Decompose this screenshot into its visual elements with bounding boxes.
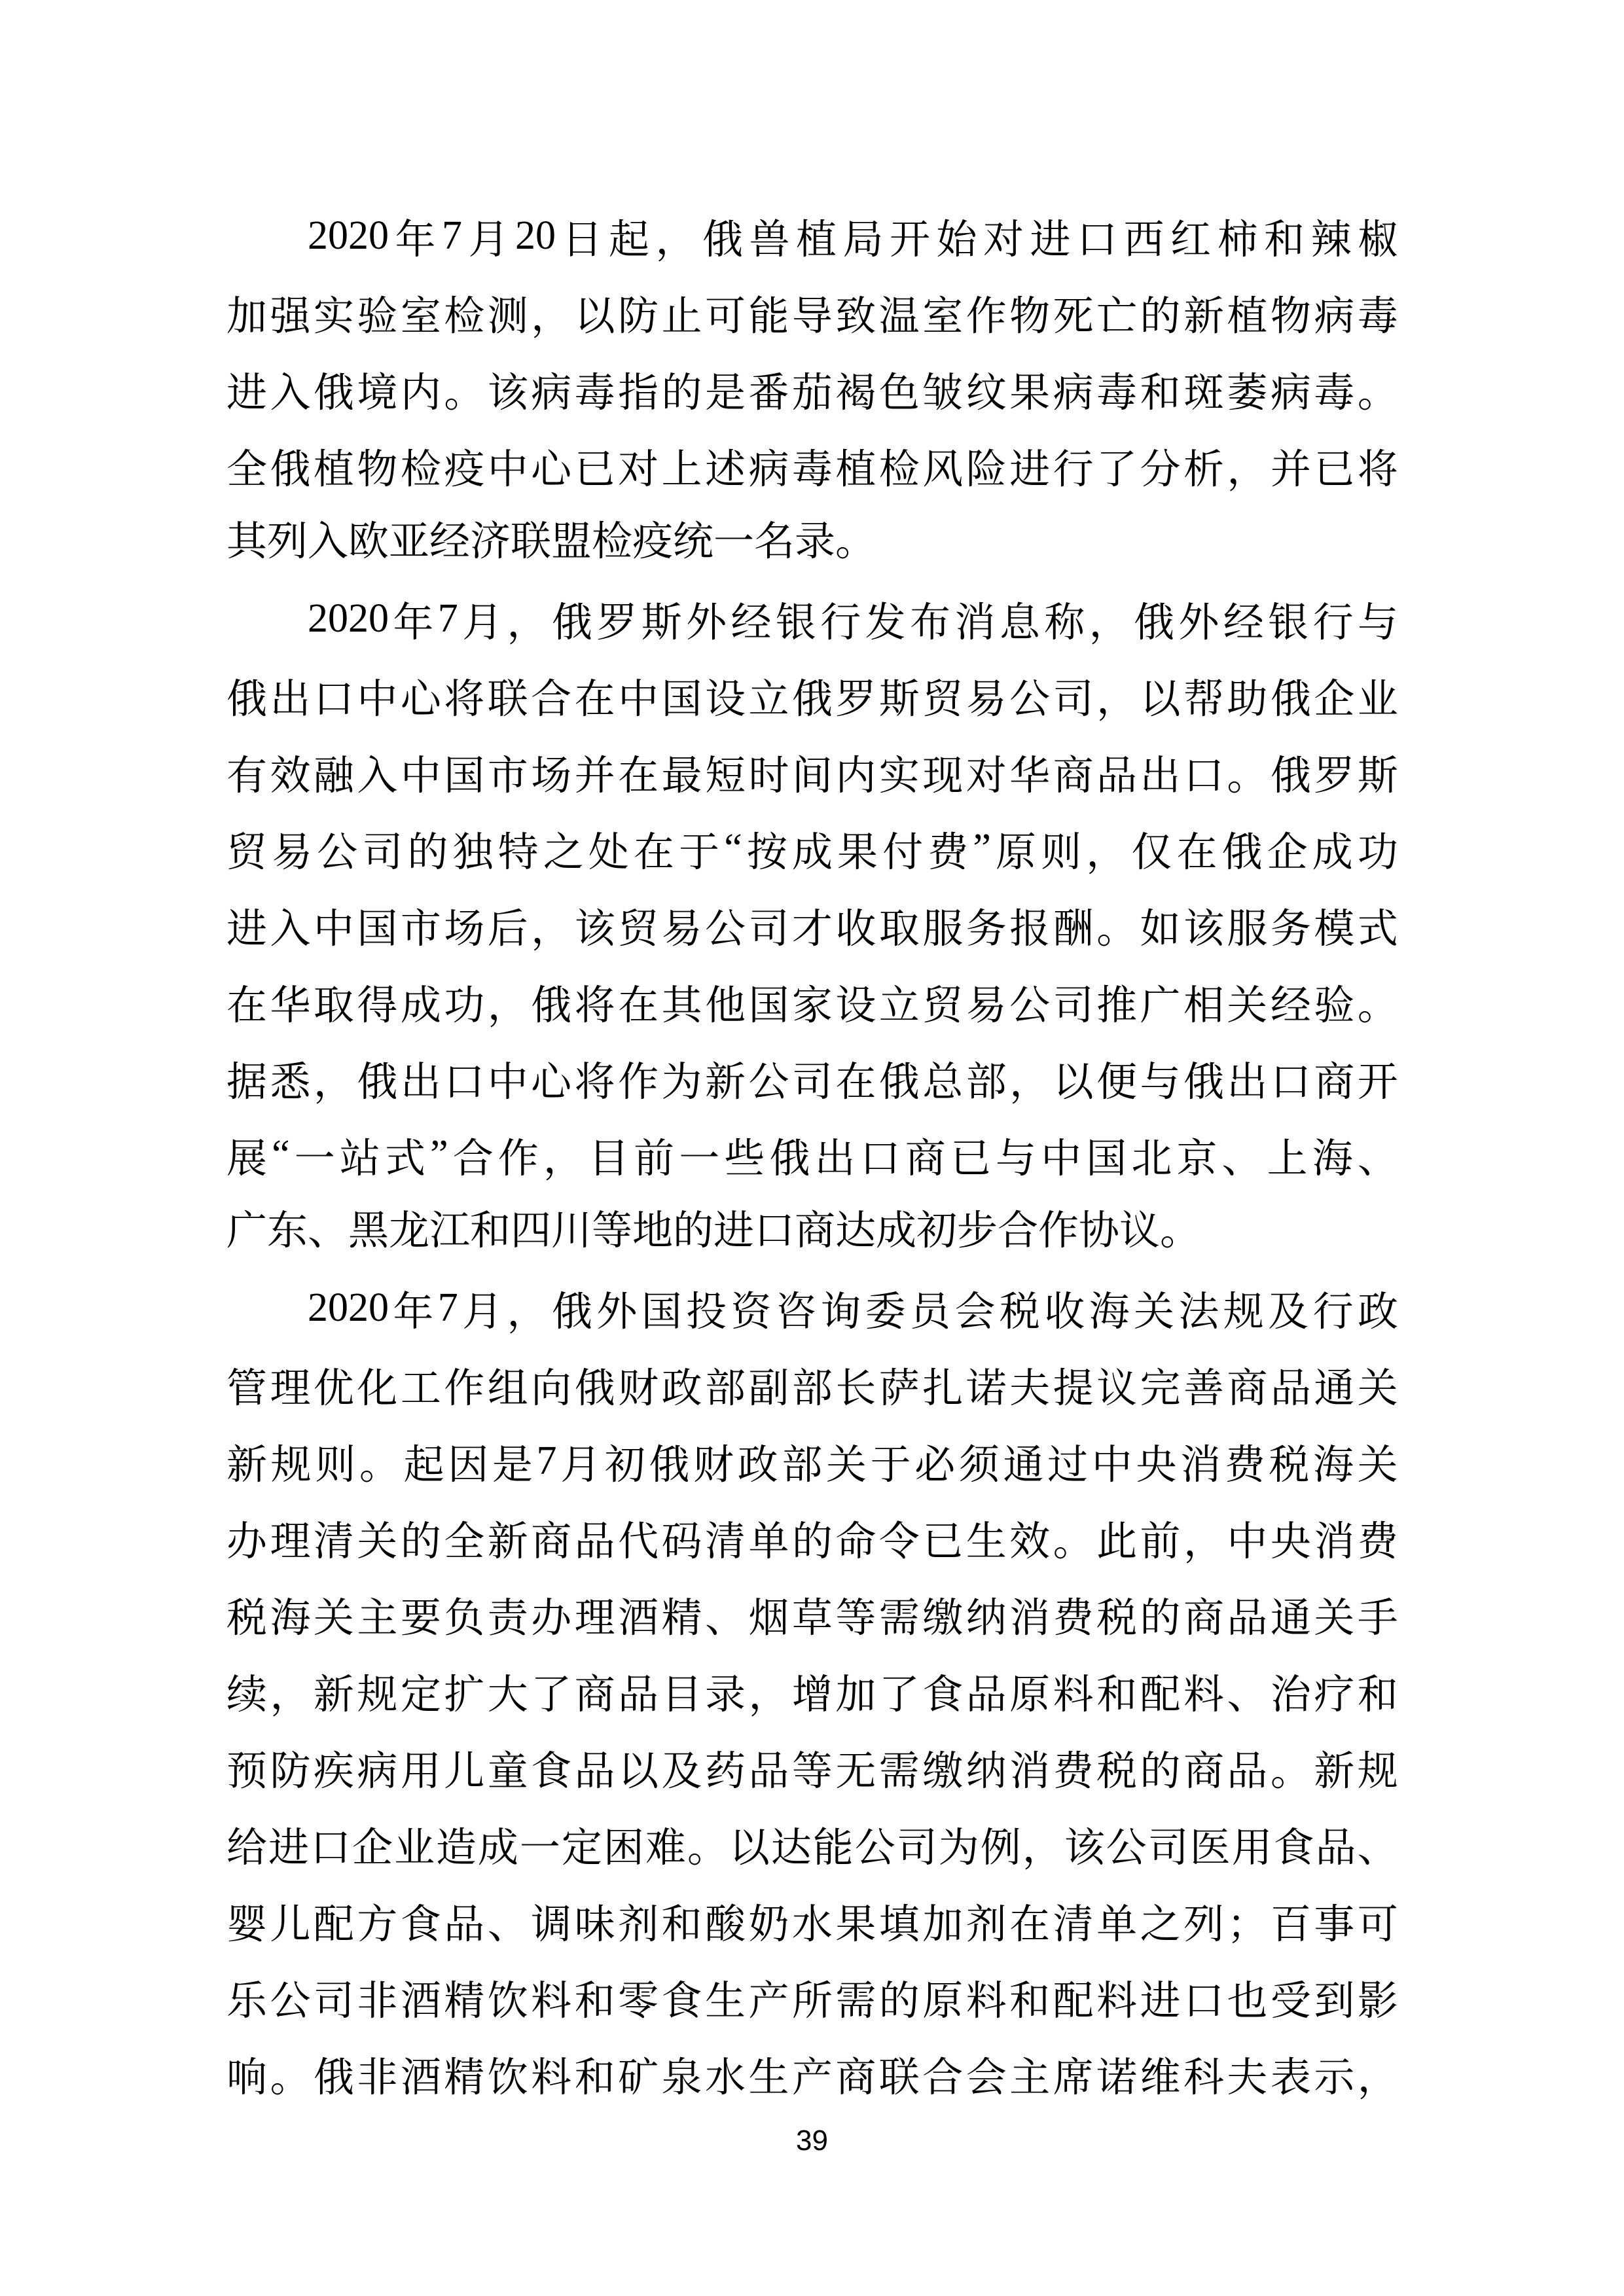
text-token: 和: [1096, 1662, 1137, 1720]
text-token: 能: [748, 283, 789, 342]
text-token: 罗: [1314, 743, 1354, 801]
text-token: 有: [226, 743, 267, 801]
text-token: 的: [401, 1509, 441, 1567]
text-token: 进: [268, 1815, 309, 1873]
text-token: 在: [1176, 819, 1217, 878]
text-token: 商: [1183, 1738, 1224, 1797]
text-token: 草: [792, 1585, 833, 1643]
text-token: 对: [983, 207, 1024, 265]
text-token: 口: [860, 1126, 901, 1184]
text-token: 心: [531, 1049, 571, 1107]
text-token: 新: [488, 1509, 528, 1567]
text-token: 配: [1140, 1662, 1181, 1720]
text-token: 俄: [270, 437, 310, 495]
text-token: 主: [1009, 2045, 1050, 2103]
text-token: 处: [588, 819, 629, 878]
text-token: 进: [1030, 207, 1070, 265]
text-token: 、: [705, 1585, 746, 1643]
text-token: 功: [1358, 819, 1398, 878]
text-token: 日: [562, 207, 602, 265]
text-token: 止: [662, 283, 702, 342]
text-token: 国: [662, 666, 702, 725]
text-token: 国: [444, 743, 484, 801]
text-token: 疾: [314, 1738, 354, 1797]
text-token: 分: [1140, 437, 1181, 495]
text-token: 关: [1358, 1355, 1398, 1414]
text-token: 员: [910, 1279, 950, 1337]
text-token: 需: [879, 1585, 920, 1643]
text-token: 贸: [922, 666, 963, 725]
text-token: 局: [842, 207, 883, 265]
text-token: 食: [922, 1662, 963, 1720]
text-token: 码: [662, 1509, 702, 1567]
text-token: 入: [357, 743, 397, 801]
text-token: 投: [686, 1279, 727, 1337]
text-token: 年: [393, 590, 433, 648]
text-token: 发: [865, 590, 906, 648]
text-token: 国: [357, 896, 397, 954]
text-token: 效: [1009, 1509, 1050, 1567]
text-line: 婴儿配方食品、调味剂和酸奶水果填加剂在清单之列；百事可: [226, 1882, 1398, 1959]
text-token: 原: [996, 819, 1036, 878]
text-token: 作: [966, 283, 1007, 342]
text-token: ，: [1086, 819, 1127, 878]
text-token: ，: [1096, 666, 1137, 725]
text-token: 原: [1009, 1662, 1050, 1720]
text-token: 现: [922, 743, 963, 801]
text-token: 达: [771, 1815, 812, 1873]
text-token: 月: [560, 1432, 601, 1490]
text-token: 华: [270, 973, 310, 1031]
text-token: 设: [835, 973, 876, 1031]
text-token: 商: [835, 2045, 876, 2103]
text-token: 税: [1096, 1738, 1137, 1797]
text-token: 清: [314, 1509, 354, 1567]
text-token: 俄: [1183, 1049, 1224, 1107]
text-token: 出: [815, 1126, 856, 1184]
text-token: 科: [1183, 2045, 1224, 2103]
text-token: 公: [705, 896, 746, 954]
text-token: 在: [618, 973, 659, 1031]
text-token: 。: [444, 360, 484, 418]
text-token: 色: [879, 360, 920, 418]
text-token: 影: [1358, 1968, 1398, 2026]
text-token: 其: [662, 973, 702, 1031]
text-token: 生: [748, 2045, 789, 2103]
text-token: 测: [488, 283, 528, 342]
text-line: 据悉，俄出口中心将作为新公司在俄总部，以便与俄出口商开: [226, 1040, 1398, 1117]
text-token: 已: [575, 437, 615, 495]
text-token: 月: [462, 590, 503, 648]
text-token: 与: [1140, 1049, 1181, 1107]
text-token: 场: [531, 743, 571, 801]
text-token: 消: [1009, 1738, 1050, 1797]
text-token: 商: [1314, 1049, 1354, 1107]
text-token: 料: [966, 1968, 1007, 2026]
text-token: 式: [1358, 896, 1398, 954]
text-token: 食: [531, 1738, 571, 1797]
text-token: 企: [352, 1815, 393, 1873]
text-token: 起: [404, 1432, 444, 1490]
text-token: 关: [1314, 1585, 1354, 1643]
text-token: ，: [314, 1049, 354, 1107]
text-token: 物: [1271, 283, 1311, 342]
text-token: 到: [1314, 1968, 1354, 2026]
text-token: 俄: [1271, 743, 1311, 801]
text-token: 司: [1053, 666, 1094, 725]
text-token: 纳: [966, 1585, 1007, 1643]
text-token: 植: [835, 437, 876, 495]
text-token: 。: [687, 1815, 728, 1873]
text-token: 功: [444, 973, 484, 1031]
text-token: 和: [1009, 1968, 1050, 2026]
text-token: 中: [357, 666, 397, 725]
text-token: 费: [928, 819, 968, 878]
text-token: 酬: [1053, 896, 1094, 954]
text-token: 司: [1148, 1815, 1189, 1873]
text-token: 毒: [1314, 360, 1354, 418]
text-token: 目: [588, 1126, 629, 1184]
text-token: 广: [1140, 973, 1181, 1031]
text-line: 进入俄境内。该病毒指的是番茄褐色皱纹果病毒和斑萎病毒。: [226, 351, 1398, 427]
text-token: 司: [1053, 973, 1094, 1031]
text-token: 已: [922, 1509, 963, 1567]
text-token: ，: [1022, 1815, 1063, 1873]
text-token: 续: [226, 1662, 267, 1720]
text-token: 联: [879, 2045, 920, 2103]
text-token: 商: [1053, 743, 1094, 801]
text-token: 死: [1053, 283, 1094, 342]
text-token: ，: [531, 283, 571, 342]
text-line: 俄出口中心将联合在中国设立俄罗斯贸易公司，以帮助俄企业: [226, 657, 1398, 734]
text-token: 布: [910, 590, 950, 648]
text-token: 对: [966, 743, 1007, 801]
text-token: 的: [1140, 1585, 1181, 1643]
text-token: 成: [478, 1815, 518, 1873]
text-token: 及: [1268, 1279, 1308, 1337]
text-token: 立: [748, 666, 789, 725]
text-token: 出: [401, 1049, 441, 1107]
text-token: 服: [922, 896, 963, 954]
text-token: 维: [1140, 2045, 1181, 2103]
text-token: 内: [835, 743, 876, 801]
text-token: 夫: [1009, 1355, 1050, 1414]
text-token: 用: [1232, 1815, 1272, 1873]
text-token: 全: [444, 1509, 484, 1567]
text-token: 酸: [705, 1892, 746, 1950]
text-token: 水: [792, 1892, 833, 1950]
text-token: 内: [401, 360, 441, 418]
document-body: 2020年7月20日起，俄兽植局开始对进口西红柿和辣椒加强实验室检测，以防止可能…: [226, 198, 1398, 2112]
text-token: 录: [705, 1662, 746, 1720]
text-token: 银: [776, 590, 816, 648]
text-token: 初: [605, 1432, 645, 1490]
text-token: 检: [444, 283, 484, 342]
text-token: 按: [747, 819, 787, 878]
text-token: 易: [662, 896, 702, 954]
text-token: 俄: [314, 360, 354, 418]
text-token: 商: [1227, 1355, 1267, 1414]
text-token: 以: [618, 1738, 659, 1797]
text-token: 家: [792, 973, 833, 1031]
text-token: 费: [1053, 1585, 1094, 1643]
text-token: 口: [310, 1815, 351, 1873]
text-token: 果: [835, 1892, 876, 1950]
text-token: 以: [729, 1815, 770, 1873]
text-token: 病: [531, 360, 571, 418]
text-token: 品: [575, 1738, 615, 1797]
text-token: 前: [634, 1126, 674, 1184]
text-token: 等: [835, 1585, 876, 1643]
text-token: 料: [531, 1968, 571, 2026]
text-token: 行: [1313, 1279, 1354, 1337]
text-token: 合: [453, 1126, 494, 1184]
text-token: 已: [950, 1126, 991, 1184]
text-token: 贸: [922, 973, 963, 1031]
text-token: 市: [401, 896, 441, 954]
text-token: 易: [272, 819, 312, 878]
text-token: 央: [1271, 1509, 1311, 1567]
text-token: 品: [1227, 1738, 1267, 1797]
text-token: 矿: [618, 2045, 659, 2103]
text-token: 全: [226, 437, 267, 495]
text-token: 并: [1271, 437, 1311, 495]
text-token: 和: [1140, 360, 1181, 418]
text-token: 作: [444, 1355, 484, 1414]
text-token: 指: [618, 360, 659, 418]
text-token: 服: [1227, 896, 1267, 954]
text-token: 如: [1140, 896, 1181, 954]
text-token: 的: [1140, 1738, 1181, 1797]
text-token: 。: [1096, 896, 1137, 954]
text-token: 外: [1178, 590, 1219, 648]
text-token: ，: [507, 1279, 548, 1337]
text-token: 能: [813, 1815, 854, 1873]
text-token: 的: [662, 360, 702, 418]
text-line: 展“一站式”合作，目前一些俄出口商已与中国北京、上海、: [226, 1117, 1398, 1193]
text-token: 和: [575, 2045, 615, 2103]
text-token: ”: [430, 1132, 448, 1178]
text-token: 办: [531, 1585, 571, 1643]
paragraph: 2020年7月，俄罗斯外经银行发布消息称，俄外经银行与俄出口中心将联合在中国设立…: [226, 581, 1398, 1270]
text-line: 2020年7月，俄罗斯外经银行发布消息称，俄外经银行与: [226, 581, 1398, 657]
text-token: 需: [835, 1968, 876, 2026]
text-token: “: [724, 825, 742, 872]
text-token: 俄: [702, 207, 743, 265]
text-token: 资: [731, 1279, 771, 1337]
text-token: 响: [226, 2045, 267, 2103]
text-token: 关: [314, 1585, 354, 1643]
text-token: 之: [543, 819, 584, 878]
text-token: 取: [314, 973, 354, 1031]
text-token: 公: [317, 819, 357, 878]
text-token: 非: [357, 2045, 397, 2103]
text-token: 公: [1009, 973, 1050, 1031]
text-token: 验: [357, 283, 397, 342]
text-token: 红: [1170, 207, 1211, 265]
text-token: 产: [748, 1968, 789, 2026]
text-token: 之: [1140, 1892, 1181, 1950]
text-token: 命: [835, 1509, 876, 1567]
text-token: 经: [731, 590, 771, 648]
text-token: 品: [575, 1509, 615, 1567]
text-token: 检: [879, 437, 920, 495]
text-token: 水: [705, 2045, 746, 2103]
text-token: 中: [401, 743, 441, 801]
text-token: 会: [954, 1279, 995, 1337]
text-token: 诺: [1096, 2045, 1137, 2103]
text-token: 加: [922, 1892, 963, 1950]
text-token: 7: [438, 1285, 458, 1331]
text-token: 口: [1183, 743, 1224, 801]
text-token: 疫: [444, 437, 484, 495]
text-token: 消: [954, 590, 995, 648]
text-token: 为: [662, 1049, 702, 1107]
text-token: 7: [438, 596, 458, 642]
text-token: 该: [1183, 896, 1224, 954]
text-token: 俄: [357, 1049, 397, 1107]
text-token: 起: [609, 207, 649, 265]
text-token: 关: [357, 1509, 397, 1567]
text-token: 缴: [922, 1585, 963, 1643]
text-token: 仅: [1131, 819, 1172, 878]
text-token: 公: [855, 1815, 895, 1873]
text-token: 在: [226, 973, 267, 1031]
text-token: 可: [1358, 1892, 1398, 1950]
text-token: 定: [401, 1662, 441, 1720]
text-token: 悉: [270, 1049, 310, 1107]
text-token: 理: [575, 1585, 615, 1643]
text-token: 关: [1134, 1279, 1174, 1337]
text-token: 总: [922, 1049, 963, 1107]
text-token: 令: [879, 1509, 920, 1567]
text-token: ，: [1009, 1049, 1050, 1107]
text-token: 以: [575, 283, 615, 342]
text-token: 融: [314, 743, 354, 801]
text-token: 实: [314, 283, 354, 342]
text-token: 饮: [488, 1968, 528, 2026]
text-token: 精: [444, 2045, 484, 2103]
text-token: 口: [1271, 1049, 1311, 1107]
text-token: 政: [662, 1355, 702, 1414]
text-token: 剂: [618, 1892, 659, 1950]
text-token: 须: [959, 1432, 1000, 1490]
text-token: 将: [575, 1049, 615, 1107]
text-token: 表: [1271, 2045, 1311, 2103]
text-token: 罗: [835, 666, 876, 725]
text-token: ，: [1183, 1509, 1224, 1567]
text-token: 询: [820, 1279, 861, 1337]
text-token: 品: [748, 1738, 789, 1797]
text-token: 俄: [552, 590, 592, 648]
text-token: 通: [1003, 1432, 1044, 1490]
text-token: 上: [662, 437, 702, 495]
text-token: 纹: [966, 360, 1007, 418]
text-token: 司: [362, 819, 403, 878]
text-line: 管理优化工作组向俄财政部副部长萨扎诺夫提议完善商品通关: [226, 1346, 1398, 1423]
text-token: 此: [1096, 1509, 1137, 1567]
text-token: 。: [1358, 360, 1398, 418]
text-token: 公: [270, 1968, 310, 2026]
text-token: 造: [436, 1815, 477, 1873]
text-token: 长: [835, 1355, 876, 1414]
text-token: 辣: [1310, 207, 1351, 265]
text-token: 难: [645, 1815, 686, 1873]
page-number: 39: [0, 2123, 1624, 2159]
text-token: 病: [1271, 360, 1311, 418]
text-token: 与: [996, 1126, 1036, 1184]
text-token: 议: [1096, 1355, 1137, 1414]
text-token: 料: [1053, 1662, 1094, 1720]
text-token: 毒: [1358, 283, 1398, 342]
text-token: 关: [826, 1432, 867, 1490]
text-token: 俄: [531, 973, 571, 1031]
text-line: 预防疾病用儿童食品以及药品等无需缴纳消费税的商品。新规: [226, 1729, 1398, 1806]
text-line: 有效融入中国市场并在最短时间内实现对华商品出口。俄罗斯: [226, 734, 1398, 810]
text-token: 国: [641, 1279, 682, 1337]
text-token: 商: [531, 1509, 571, 1567]
text-token: 于: [871, 1432, 911, 1490]
text-token: 后: [488, 896, 528, 954]
text-token: 税: [1096, 1585, 1137, 1643]
text-token: 清: [1053, 1892, 1094, 1950]
text-token: 则: [1041, 819, 1081, 878]
text-token: 7: [536, 1438, 556, 1484]
text-token: 了: [879, 1662, 920, 1720]
text-token: 药: [705, 1738, 746, 1797]
text-token: 易: [966, 666, 1007, 725]
text-token: 品: [966, 1662, 1007, 1720]
text-token: 才: [792, 896, 833, 954]
text-token: 俄: [1271, 666, 1311, 725]
text-token: 外: [596, 1279, 637, 1337]
text-token: 所: [792, 1968, 833, 2026]
text-token: 室: [401, 283, 441, 342]
text-token: 负: [444, 1585, 484, 1643]
text-token: 部: [705, 1355, 746, 1414]
text-token: 新: [1183, 283, 1224, 342]
text-token: 医: [1190, 1815, 1231, 1873]
text-token: 成: [1312, 819, 1353, 878]
text-token: 始: [936, 207, 977, 265]
text-token: 帮: [1183, 666, 1224, 725]
text-token: 司: [897, 1815, 937, 1873]
text-token: 副: [748, 1355, 789, 1414]
text-token: ，: [748, 1662, 789, 1720]
text-token: 。: [1053, 1509, 1094, 1567]
text-token: 俄: [1222, 819, 1263, 878]
text-token: 得: [357, 973, 397, 1031]
text-token: 等: [792, 1738, 833, 1797]
text-token: 通: [1271, 1585, 1311, 1643]
text-token: 精: [444, 1968, 484, 2026]
text-token: 在: [1009, 1892, 1050, 1950]
text-token: 成: [792, 819, 833, 878]
text-token: 料: [1096, 1968, 1137, 2026]
text-token: 致: [835, 283, 876, 342]
text-token: 食: [401, 1892, 441, 1950]
text-token: 口: [314, 666, 354, 725]
text-token: 检: [401, 437, 441, 495]
text-token: 海: [270, 1585, 310, 1643]
text-token: 央: [1136, 1432, 1176, 1490]
text-token: 7: [442, 213, 462, 259]
text-token: 业: [394, 1815, 435, 1873]
text-token: 司: [314, 1968, 354, 2026]
text-token: 了: [531, 1662, 571, 1720]
text-token: 年: [395, 207, 435, 265]
text-token: 合: [531, 666, 571, 725]
